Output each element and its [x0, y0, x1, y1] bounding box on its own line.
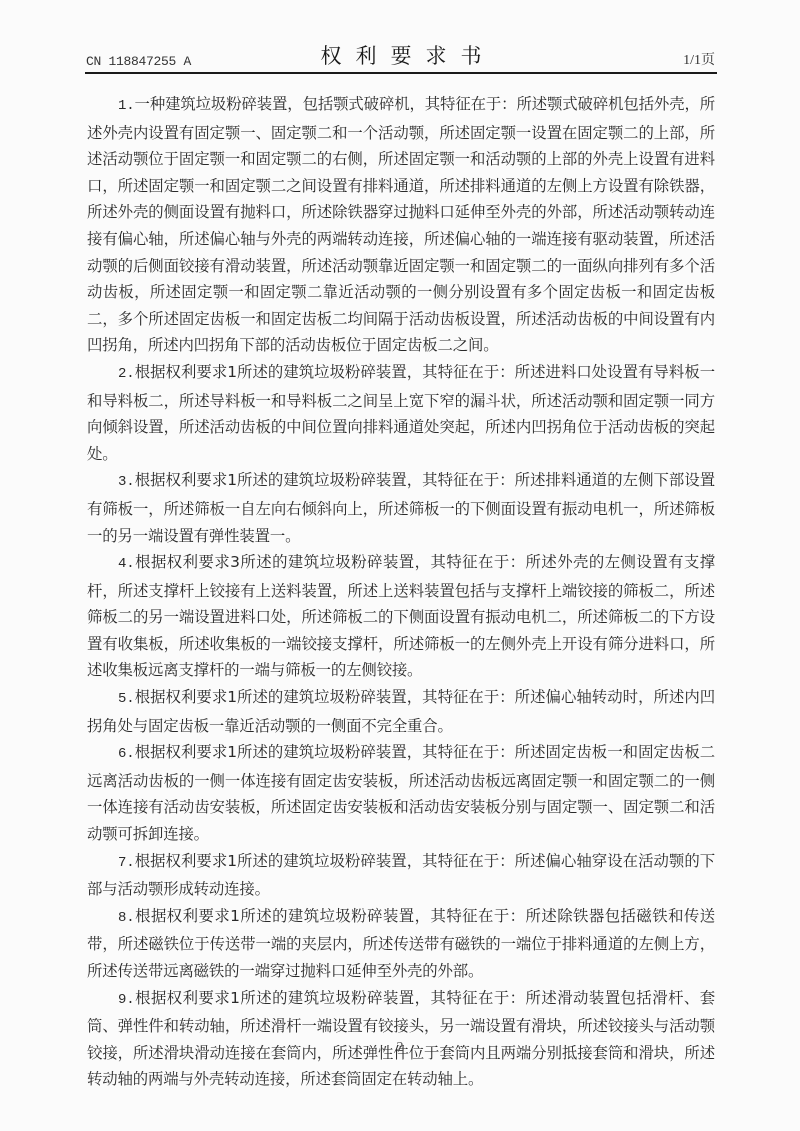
claim-text: 根据权利要求1所述的建筑垃圾粉碎装置，其特征在于：所述滑动装置包括滑杆、套筒、弹…: [87, 989, 715, 1089]
claim-number: 3.: [118, 474, 135, 490]
claim-text: 根据权利要求3所述的建筑垃圾粉碎装置，其特征在于：所述外壳的左侧设置有支撑杆，所…: [87, 553, 715, 679]
claim-number: 9.: [118, 992, 135, 1008]
claim-text: 根据权利要求1所述的建筑垃圾粉碎装置，其特征在于：所述排料通道的左侧下部设置有筛…: [87, 471, 715, 544]
claim-text: 一种建筑垃圾粉碎装置，包括颚式破碎机，其特征在于：所述颚式破碎机包括外壳，所述外…: [87, 95, 715, 354]
claims-body: 1.一种建筑垃圾粉碎装置，包括颚式破碎机，其特征在于：所述颚式破碎机包括外壳，所…: [87, 91, 715, 1093]
claim-number: 1.: [118, 98, 135, 114]
claim-text: 根据权利要求1所述的建筑垃圾粉碎装置，其特征在于：所述进料口处设置有导料板一和导…: [87, 363, 715, 463]
page-count: 1/1页: [683, 49, 715, 69]
claim-8: 8.根据权利要求1所述的建筑垃圾粉碎装置，其特征在于：所述除铁器包括磁铁和传送带…: [87, 903, 715, 985]
claim-2: 2.根据权利要求1所述的建筑垃圾粉碎装置，其特征在于：所述进料口处设置有导料板一…: [87, 359, 715, 467]
claim-number: 4.: [118, 556, 135, 572]
claim-number: 7.: [118, 855, 135, 871]
claim-number: 5.: [118, 691, 135, 707]
claim-9: 9.根据权利要求1所述的建筑垃圾粉碎装置，其特征在于：所述滑动装置包括滑杆、套筒…: [87, 985, 715, 1093]
claim-6: 6.根据权利要求1所述的建筑垃圾粉碎装置，其特征在于：所述固定齿板一和固定齿板二…: [87, 739, 715, 847]
page-header: CN 118847255 A 权利要求书 1/1页: [85, 40, 717, 74]
claim-text: 根据权利要求1所述的建筑垃圾粉碎装置，其特征在于：所述除铁器包括磁铁和传送带，所…: [87, 907, 715, 980]
page-number: 2: [0, 1040, 800, 1056]
claim-text: 根据权利要求1所述的建筑垃圾粉碎装置，其特征在于：所述偏心轴穿设在活动颚的下部与…: [87, 852, 715, 899]
claim-text: 根据权利要求1所述的建筑垃圾粉碎装置，其特征在于：所述偏心轴转动时，所述内凹拐角…: [87, 688, 715, 735]
claim-text: 根据权利要求1所述的建筑垃圾粉碎装置，其特征在于：所述固定齿板一和固定齿板二远离…: [87, 743, 715, 843]
claim-4: 4.根据权利要求3所述的建筑垃圾粉碎装置，其特征在于：所述外壳的左侧设置有支撑杆…: [87, 549, 715, 684]
claim-7: 7.根据权利要求1所述的建筑垃圾粉碎装置，其特征在于：所述偏心轴穿设在活动颚的下…: [87, 848, 715, 903]
claim-number: 2.: [118, 366, 135, 382]
claim-number: 6.: [118, 746, 135, 762]
claim-number: 8.: [118, 910, 135, 926]
claim-5: 5.根据权利要求1所述的建筑垃圾粉碎装置，其特征在于：所述偏心轴转动时，所述内凹…: [87, 684, 715, 739]
claim-3: 3.根据权利要求1所述的建筑垃圾粉碎装置，其特征在于：所述排料通道的左侧下部设置…: [87, 467, 715, 549]
document-title: 权利要求书: [85, 40, 717, 70]
claim-1: 1.一种建筑垃圾粉碎装置，包括颚式破碎机，其特征在于：所述颚式破碎机包括外壳，所…: [87, 91, 715, 359]
